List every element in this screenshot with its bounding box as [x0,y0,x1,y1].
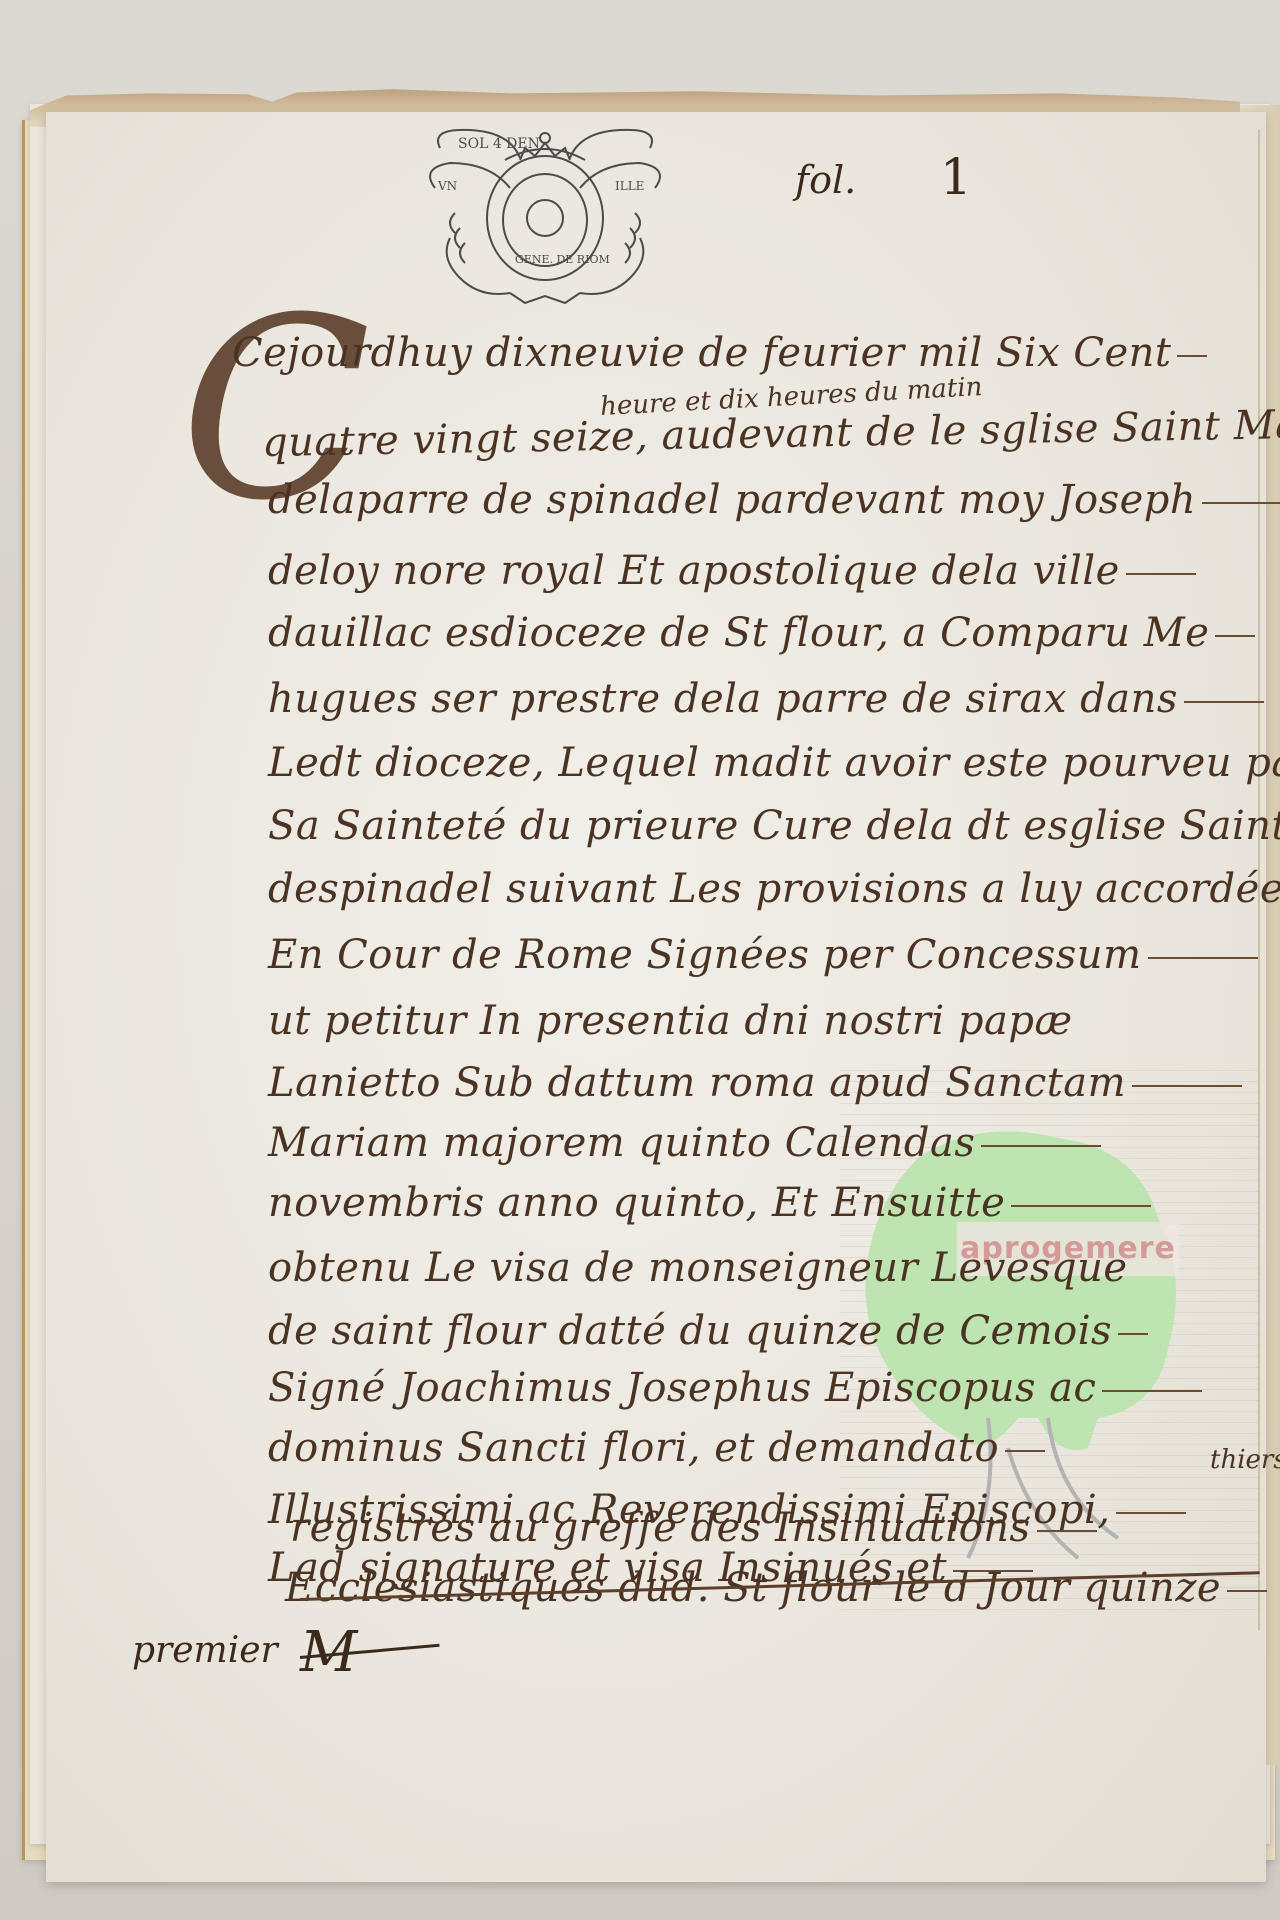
manuscript-line: Signé Joachimus Josephus Episcopus ac [268,1365,1202,1411]
manuscript-line: deloy nore royal Et apostolique dela vil… [268,548,1196,594]
marginal-note: premier [132,1630,278,1671]
manuscript-line: registrés au greffe des Insinuations [290,1505,1097,1551]
interlinear-insertion-2: thiers [1210,1445,1280,1475]
manuscript-line: hugues ser prestre dela parre de sirax d… [268,676,1264,722]
manuscript-line: dauillac esdioceze de St flour, a Compar… [268,610,1255,656]
manuscript-line: Cejourdhuy dixneuvie de feurier mil Six … [232,330,1207,376]
manuscript-line: dominus Sancti flori, et demandato [268,1425,1045,1471]
manuscript-line: En Cour de Rome Signées per Concessum [268,932,1258,978]
manuscript-line: de saint flour datté du quinze de Cemois [268,1308,1148,1354]
manuscript-line: Sa Sainteté du prieure Cure dela dt esgl… [268,803,1280,849]
manuscript-line: obtenu Le visa de monseigneur Levesque [268,1245,1128,1291]
manuscript-line: Ecclesiastiques dud. St flour le d Jour … [285,1565,1267,1611]
manuscript-line: delaparre de spinadel pardevant moy Jose… [268,477,1280,523]
manuscript-line: Lanietto Sub dattum roma apud Sanctam [268,1060,1242,1106]
manuscript-line: Mariam majorem quinto Calendas [268,1120,1101,1166]
manuscript-line: despinadel suivant Les provisions a luy … [268,866,1280,912]
manuscript-line: novembris anno quinto, Et Ensuitte [268,1180,1151,1226]
manuscript-line: ut petitur In presentia dni nostri papæ [268,998,1073,1044]
manuscript-line: Ledt dioceze, Lequel madit avoir este po… [268,740,1280,786]
